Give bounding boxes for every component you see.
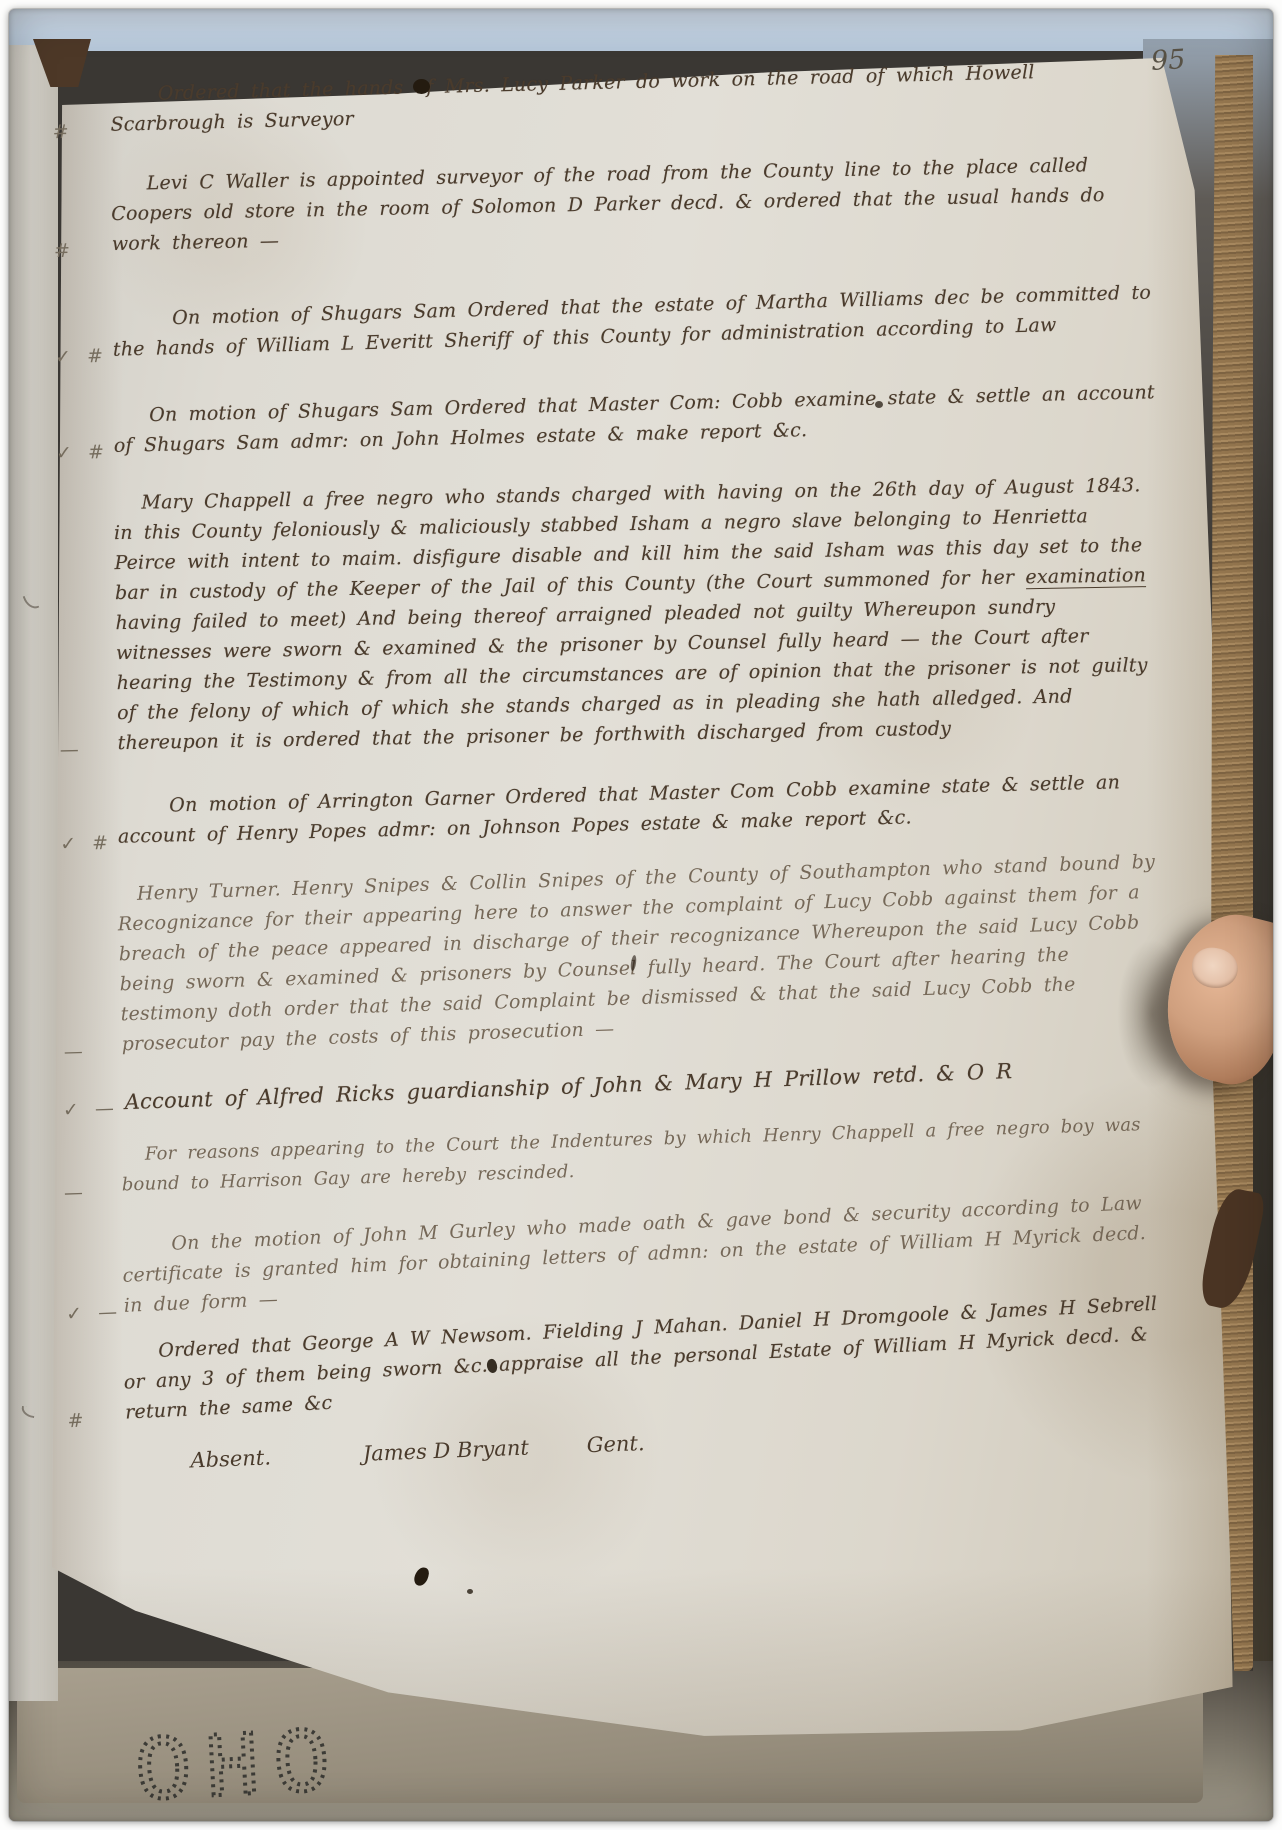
ink-blot [875,401,883,408]
underlined-word: examination [1025,564,1146,589]
court-order-entry: ✓ # On motion of Arrington Garner Ordere… [117,766,1164,852]
entry-text: Levi C Waller is appointed surveyor of t… [110,149,1158,259]
court-order-entry: ✓ — Account of Alfred Ricks guardianship… [120,1051,1166,1117]
margin-mark: — [64,1181,89,1204]
margin-mark: ✓ # [55,345,108,368]
entry-text: For reasons appearing to the Court the I… [120,1109,1167,1200]
margin-mark: — [60,739,84,761]
entry-text-post: having failed to meet) And being thereof… [115,596,1147,754]
entry-text: Mary Chappell a free negro who stands ch… [113,470,1164,758]
margin-mark: ✓ # [60,832,113,855]
court-order-entry: — For reasons appearing to the Court the… [120,1109,1167,1200]
absent-suffix: Gent. [586,1431,645,1457]
court-order-entry: ✓ # On motion of Shugars Sam Ordered tha… [113,377,1160,461]
entry-text: Account of Alfred Ricks guardianship of … [120,1051,1166,1117]
entry-text-pre: Mary Chappell a free negro who stands ch… [114,474,1143,604]
handwritten-text-column: # Ordered that the hands of Mrs. Lucy Pa… [110,62,1170,1461]
facing-page-sliver [9,45,58,1701]
court-order-entry: ✓ # On motion of Shugars Sam Ordered tha… [112,277,1159,364]
ink-blot [467,1589,473,1594]
court-order-entry-mary-chappell: — Mary Chappell a free negro who stands … [113,470,1164,758]
page-number: 95 [1150,44,1186,77]
court-order-entry: # Levi C Waller is appointed surveyor of… [110,149,1158,259]
photo-frame: OHO 95 # Ordered that the hands of Mrs. … [0,0,1282,1830]
manuscript-photo: OHO 95 # Ordered that the hands of Mrs. … [9,9,1273,1821]
court-order-entry: — Henry Turner. Henry Snipes & Collin Sn… [116,847,1167,1060]
entry-text: On motion of Shugars Sam Ordered that th… [112,277,1159,364]
absent-label: Absent. [190,1445,271,1472]
margin-mark: # [54,240,75,262]
entry-text: Ordered that the hands of Mrs. Lucy Park… [109,54,1156,140]
ink-blot [413,79,430,94]
background-top-strip [9,9,1273,51]
stencil-text: OHO [133,1711,346,1821]
margin-mark: ✓ — [63,1097,120,1121]
margin-mark: — [63,1040,88,1063]
court-order-entry: # Ordered that the hands of Mrs. Lucy Pa… [109,54,1156,140]
margin-mark: ✓ # [56,441,109,464]
margin-mark: # [52,121,73,144]
thumb-nail [1190,946,1240,991]
entry-text: Henry Turner. Henry Snipes & Collin Snip… [116,847,1167,1060]
entry-text: On motion of Arrington Garner Ordered th… [117,766,1164,852]
margin-mark: # [67,1409,89,1432]
margin-mark: ✓ — [66,1301,123,1325]
entry-text: On motion of Shugars Sam Ordered that Ma… [113,377,1160,461]
